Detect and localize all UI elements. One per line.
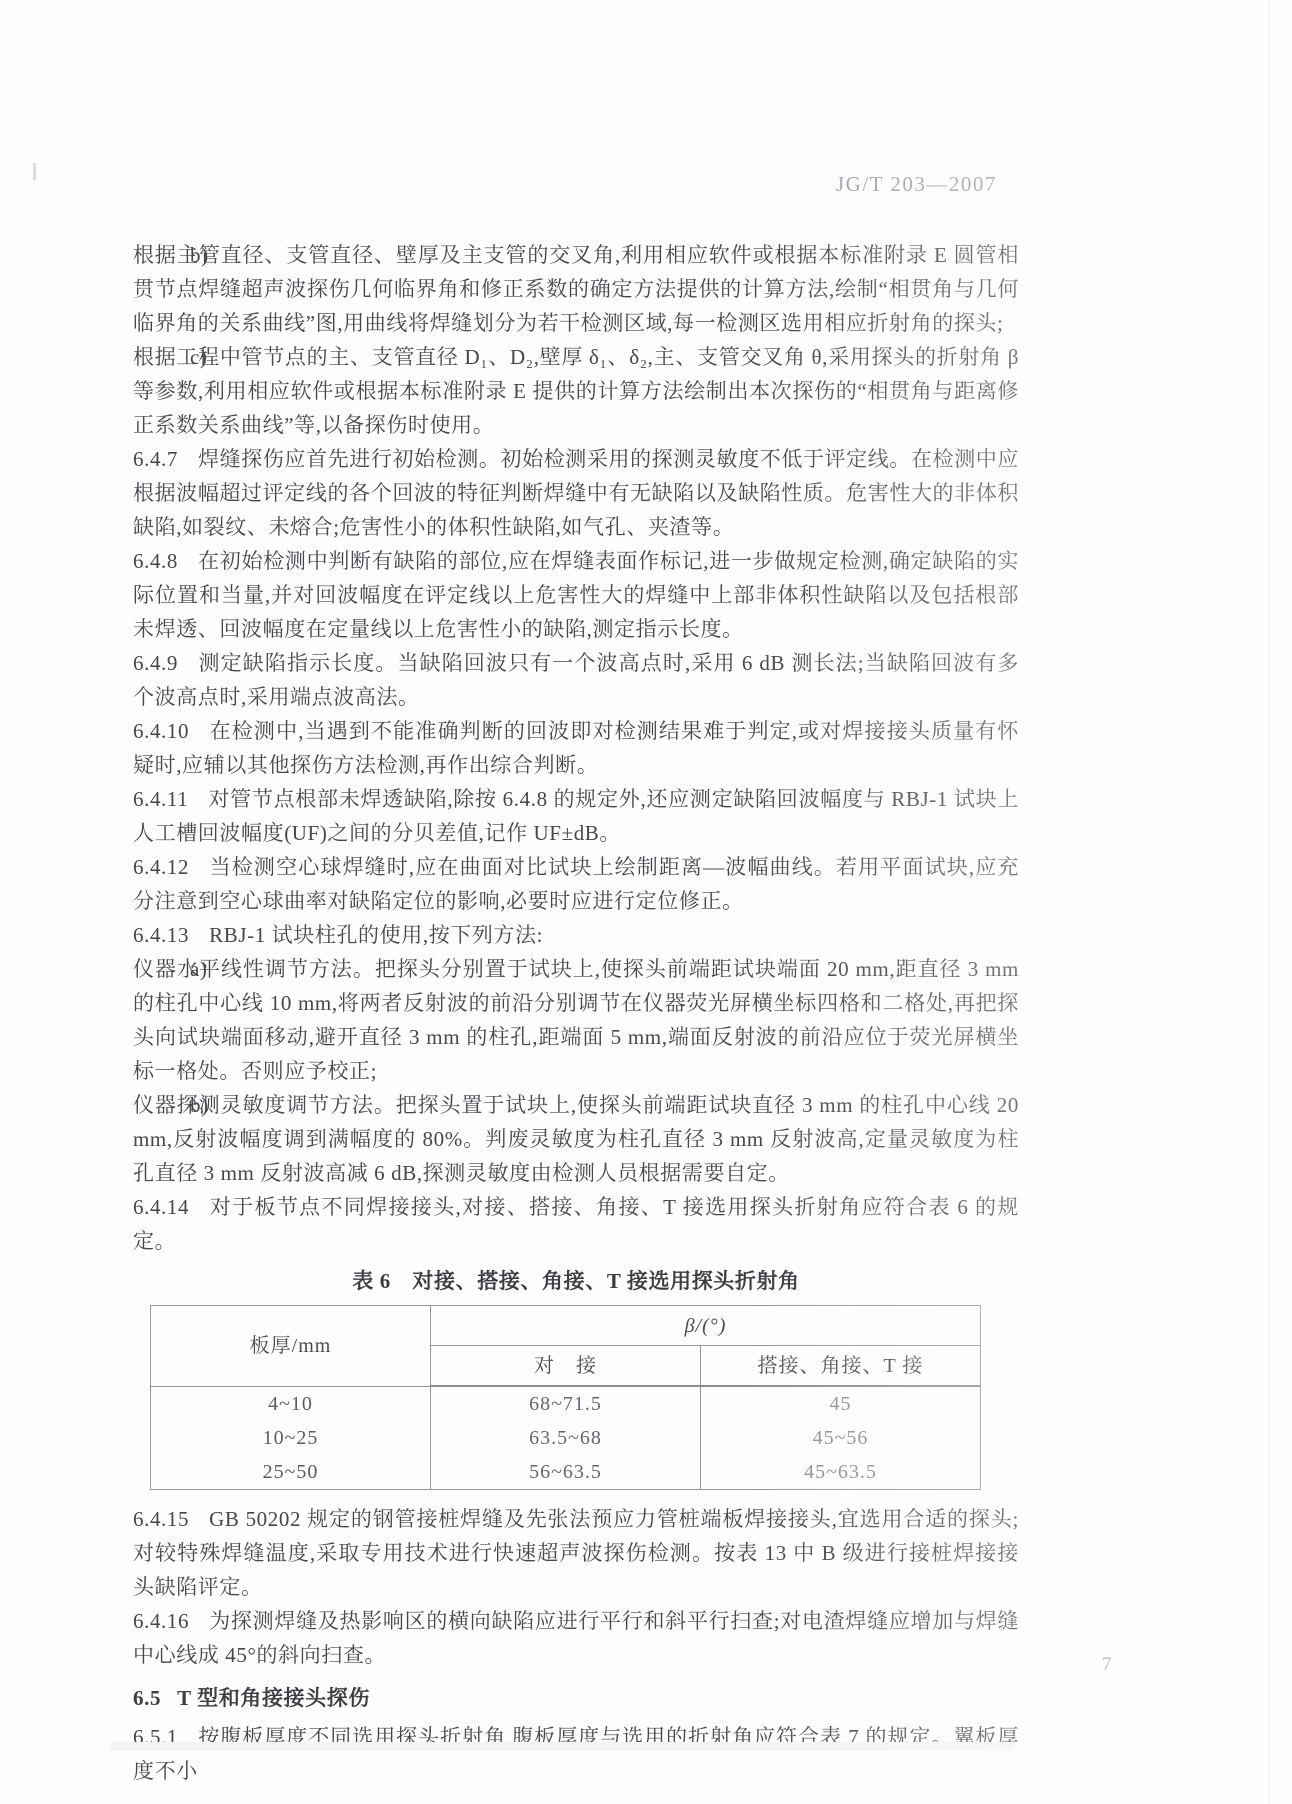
cell-butt-angle: 63.5~68 [431, 1421, 701, 1455]
table-row: 4~10 68~71.5 45 [151, 1386, 981, 1421]
scan-edge-artifact [1268, 0, 1270, 1804]
clause-number: 6.4.8 [133, 549, 178, 573]
clause-text: 在检测中,当遇到不能准确判断的回波即对检测结果难于判定,或对焊接接头质量有怀疑时… [133, 719, 1019, 777]
clause-6-4-7: 6.4.7焊缝探伤应首先进行初始检测。初始检测采用的探测灵敏度不低于评定线。在检… [133, 442, 1019, 544]
clause-6-4-13: 6.4.13RBJ-1 试块柱孔的使用,按下列方法: [133, 918, 1019, 952]
cell-other-angle: 45~56 [701, 1421, 981, 1455]
clause-text: GB 50202 规定的钢管接桩焊缝及先张法预应力管桩端板焊接接头,宜选用合适的… [133, 1507, 1019, 1599]
clause-text: RBJ-1 试块柱孔的使用,按下列方法: [209, 923, 543, 947]
list-item-text: 根据工程中管节点的主、支管直径 D₁、D₂,壁厚 δ₁、δ₂,主、支管交叉角 θ… [133, 345, 1019, 437]
table-row: 10~25 63.5~68 45~56 [151, 1421, 981, 1455]
clause-number: 6.4.16 [133, 1609, 189, 1633]
section-title: T 型和角接接头探伤 [177, 1686, 370, 1710]
list-item-text: 仪器探测灵敏度调节方法。把探头置于试块上,使探头前端距试块直径 3 mm 的柱孔… [133, 1093, 1019, 1185]
clause-6-4-9: 6.4.9测定缺陷指示长度。当缺陷回波只有一个波高点时,采用 6 dB 测长法;… [133, 646, 1019, 714]
column-header-beta: β/(°) [431, 1306, 981, 1346]
cell-thickness: 10~25 [151, 1421, 431, 1455]
cell-other-angle: 45 [701, 1386, 981, 1421]
clause-text: 为探测焊缝及热影响区的横向缺陷应进行平行和斜平行扫查;对电渣焊缝应增加与焊缝中心… [133, 1609, 1019, 1667]
clause-6-4-16: 6.4.16为探测焊缝及热影响区的横向缺陷应进行平行和斜平行扫查;对电渣焊缝应增… [133, 1604, 1019, 1672]
clause-6-4-11: 6.4.11对管节点根部未焊透缺陷,除按 6.4.8 的规定外,还应测定缺陷回波… [133, 782, 1019, 850]
cell-other-angle: 45~63.5 [701, 1455, 981, 1490]
clause-text: 在初始检测中判断有缺陷的部位,应在焊缝表面作标记,进一步做规定检测,确定缺陷的实… [133, 549, 1019, 641]
list-item-label: c) [190, 340, 208, 374]
clause-number: 6.4.10 [133, 719, 189, 743]
cell-thickness: 4~10 [151, 1386, 431, 1421]
list-item-text: 根据主管直径、支管直径、壁厚及主支管的交叉角,利用相应软件或根据本标准附录 E … [133, 243, 1019, 335]
clause-text: 对管节点根部未焊透缺陷,除按 6.4.8 的规定外,还应测定缺陷回波幅度与 RB… [133, 787, 1019, 845]
table-row: 25~50 56~63.5 45~63.5 [151, 1455, 981, 1490]
page-number: 7 [1102, 1654, 1112, 1676]
column-header-lap-corner-t-joint: 搭接、角接、T 接 [701, 1346, 981, 1387]
cell-butt-angle: 68~71.5 [431, 1386, 701, 1421]
list-item-label: b) [190, 238, 209, 272]
list-item-label: b) [190, 1088, 209, 1122]
table-header-row-1: 板厚/mm β/(°) [151, 1306, 981, 1346]
section-heading-6-5: 6.5T 型和角接接头探伤 [133, 1681, 1019, 1715]
standard-number-header: JG/T 203—2007 [836, 172, 997, 197]
clause-text: 焊缝探伤应首先进行初始检测。初始检测采用的探测灵敏度不低于评定线。在检测中应根据… [133, 447, 1019, 539]
scan-mark-artifact [33, 163, 36, 180]
clause-text: 测定缺陷指示长度。当缺陷回波只有一个波高点时,采用 6 dB 测长法;当缺陷回波… [133, 651, 1019, 709]
table-6-caption: 表 6 对接、搭接、角接、T 接选用探头折射角 [133, 1264, 1019, 1298]
list-item-text: 仪器水平线性调节方法。把探头分别置于试块上,使探头前端距试块端面 20 mm,距… [133, 957, 1019, 1083]
clause-6-4-12: 6.4.12当检测空心球焊缝时,应在曲面对比试块上绘制距离—波幅曲线。若用平面试… [133, 850, 1019, 918]
clause-text: 对于板节点不同焊接接头,对接、搭接、角接、T 接选用探头折射角应符合表 6 的规… [133, 1195, 1019, 1253]
clause-number: 6.4.11 [133, 787, 188, 811]
clause-number: 6.4.12 [133, 855, 189, 879]
sub-item-b: b)仪器探测灵敏度调节方法。把探头置于试块上,使探头前端距试块直径 3 mm 的… [133, 1088, 1019, 1190]
column-header-butt-joint: 对 接 [431, 1346, 701, 1387]
clause-6-4-8: 6.4.8在初始检测中判断有缺陷的部位,应在焊缝表面作标记,进一步做规定检测,确… [133, 544, 1019, 646]
clause-6-4-15: 6.4.15GB 50202 规定的钢管接桩焊缝及先张法预应力管桩端板焊接接头,… [133, 1502, 1019, 1604]
section-number: 6.5 [133, 1686, 161, 1710]
clause-number: 6.4.13 [133, 923, 189, 947]
clause-number: 6.4.14 [133, 1195, 189, 1219]
cell-thickness: 25~50 [151, 1455, 431, 1490]
list-item-b: b)根据主管直径、支管直径、壁厚及主支管的交叉角,利用相应软件或根据本标准附录 … [133, 238, 1019, 340]
cell-butt-angle: 56~63.5 [431, 1455, 701, 1490]
document-body: b)根据主管直径、支管直径、壁厚及主支管的交叉角,利用相应软件或根据本标准附录 … [133, 238, 1019, 1788]
list-item-label: a) [190, 952, 208, 986]
scan-bottom-artifact [110, 1742, 1015, 1751]
list-item-c: c)根据工程中管节点的主、支管直径 D₁、D₂,壁厚 δ₁、δ₂,主、支管交叉角… [133, 340, 1019, 442]
clause-6-5-1: 6.5.1按腹板厚度不同选用探头折射角,腹板厚度与选用的折射角应符合表 7 的规… [133, 1720, 1019, 1788]
column-header-plate-thickness: 板厚/mm [151, 1306, 431, 1387]
clause-6-4-14: 6.4.14对于板节点不同焊接接头,对接、搭接、角接、T 接选用探头折射角应符合… [133, 1190, 1019, 1258]
clause-6-4-10: 6.4.10在检测中,当遇到不能准确判断的回波即对检测结果难于判定,或对焊接接头… [133, 714, 1019, 782]
clause-number: 6.4.15 [133, 1507, 189, 1531]
clause-text: 按腹板厚度不同选用探头折射角,腹板厚度与选用的折射角应符合表 7 的规定。翼板厚… [133, 1725, 1019, 1783]
clause-number: 6.4.7 [133, 447, 178, 471]
document-page: JG/T 203—2007 b)根据主管直径、支管直径、壁厚及主支管的交叉角,利… [0, 0, 1292, 1804]
sub-item-a: a)仪器水平线性调节方法。把探头分别置于试块上,使探头前端距试块端面 20 mm… [133, 952, 1019, 1088]
table-6: 板厚/mm β/(°) 对 接 搭接、角接、T 接 4~10 68~71.5 4… [150, 1305, 981, 1490]
clause-number: 6.4.9 [133, 651, 178, 675]
clause-text: 当检测空心球焊缝时,应在曲面对比试块上绘制距离—波幅曲线。若用平面试块,应充分注… [133, 855, 1019, 913]
